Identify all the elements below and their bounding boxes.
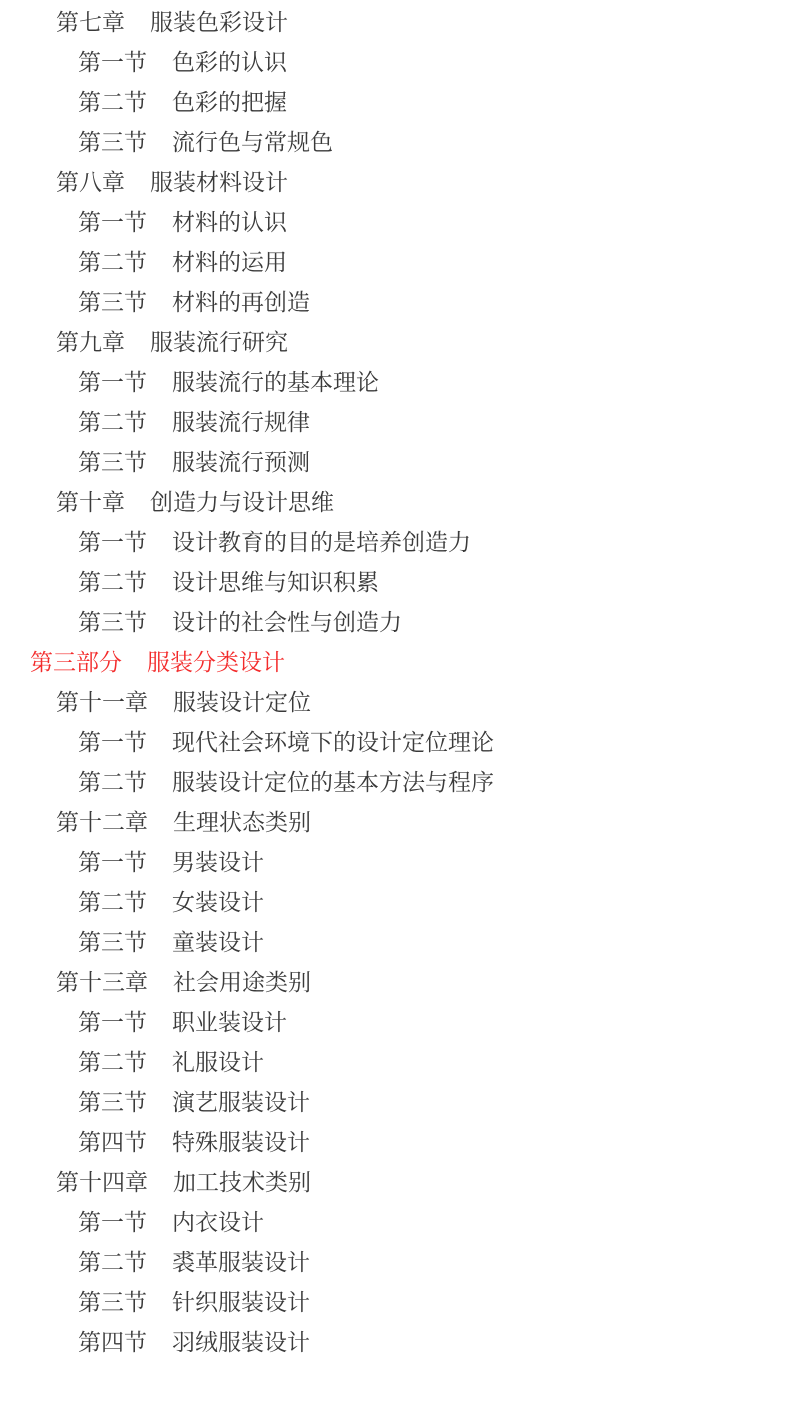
toc-row-title: 色彩的把握 xyxy=(172,84,287,117)
toc-row-chapter: 第九章 服装流行研究 xyxy=(0,320,790,360)
toc-row-label: 第十四章 xyxy=(56,1164,148,1197)
toc-row-title: 生理状态类别 xyxy=(173,804,311,837)
toc-row-part: 第三部分 服装分类设计 xyxy=(0,640,790,680)
toc-row-title: 社会用途类别 xyxy=(173,964,311,997)
toc-row-title: 礼服设计 xyxy=(172,1044,264,1077)
toc-row-chapter: 第七章 服装色彩设计 xyxy=(0,0,790,40)
toc-row-section: 第二节 色彩的把握 xyxy=(0,80,790,120)
toc-row-section: 第三节 服装流行预测 xyxy=(0,440,790,480)
toc-row-title: 服装材料设计 xyxy=(150,164,288,197)
toc-row-section: 第二节 礼服设计 xyxy=(0,1040,790,1080)
toc-row-title: 针织服装设计 xyxy=(172,1284,310,1317)
toc-row-title: 创造力与设计思维 xyxy=(150,484,334,517)
toc-row-label: 第三节 xyxy=(78,124,147,157)
toc-row-section: 第一节 现代社会环境下的设计定位理论 xyxy=(0,720,790,760)
toc-row-title: 男装设计 xyxy=(172,844,264,877)
toc-row-title: 设计教育的目的是培养创造力 xyxy=(172,524,471,557)
toc-row-section: 第二节 服装流行规律 xyxy=(0,400,790,440)
toc-row-label: 第一节 xyxy=(78,204,147,237)
toc-row-label: 第三节 xyxy=(78,284,147,317)
toc-row-label: 第二节 xyxy=(78,404,147,437)
toc-row-title: 设计思维与知识积累 xyxy=(172,564,379,597)
toc-row-title: 服装流行规律 xyxy=(172,404,310,437)
toc-row-label: 第四节 xyxy=(78,1324,147,1357)
toc-row-label: 第一节 xyxy=(78,364,147,397)
toc-row-section: 第三节 流行色与常规色 xyxy=(0,120,790,160)
toc-row-title: 加工技术类别 xyxy=(173,1164,311,1197)
toc-row-section: 第二节 裘革服装设计 xyxy=(0,1240,790,1280)
toc-row-section: 第三节 演艺服装设计 xyxy=(0,1080,790,1120)
toc-row-title: 现代社会环境下的设计定位理论 xyxy=(172,724,494,757)
toc-row-chapter: 第八章 服装材料设计 xyxy=(0,160,790,200)
toc-row-label: 第三节 xyxy=(78,444,147,477)
toc-row-label: 第二节 xyxy=(78,244,147,277)
toc-row-label: 第十三章 xyxy=(56,964,148,997)
toc-row-title: 材料的运用 xyxy=(172,244,287,277)
toc-row-section: 第三节 材料的再创造 xyxy=(0,280,790,320)
toc-row-title: 服装设计定位 xyxy=(173,684,311,717)
toc-row-title: 童装设计 xyxy=(172,924,264,957)
toc-row-label: 第十二章 xyxy=(56,804,148,837)
table-of-contents: 第七章 服装色彩设计 第一节 色彩的认识 第二节 色彩的把握 第三节 流行色与常… xyxy=(0,0,790,1411)
toc-row-section: 第二节 设计思维与知识积累 xyxy=(0,560,790,600)
toc-row-title: 材料的认识 xyxy=(172,204,287,237)
toc-row-chapter: 第十三章 社会用途类别 xyxy=(0,960,790,1000)
toc-row-title: 裘革服装设计 xyxy=(172,1244,310,1277)
toc-row-label: 第三节 xyxy=(78,604,147,637)
toc-row-section: 第一节 男装设计 xyxy=(0,840,790,880)
toc-row-section: 第一节 服装流行的基本理论 xyxy=(0,360,790,400)
toc-row-title: 内衣设计 xyxy=(172,1204,264,1237)
toc-row-label: 第二节 xyxy=(78,764,147,797)
toc-row-title: 服装流行的基本理论 xyxy=(172,364,379,397)
toc-row-label: 第二节 xyxy=(78,1244,147,1277)
toc-row-section: 第四节 羽绒服装设计 xyxy=(0,1320,790,1360)
toc-row-label: 第一节 xyxy=(78,724,147,757)
toc-row-title: 色彩的认识 xyxy=(172,44,287,77)
toc-row-title: 特殊服装设计 xyxy=(172,1124,310,1157)
toc-row-label: 第三节 xyxy=(78,1084,147,1117)
toc-row-label: 第一节 xyxy=(78,1004,147,1037)
toc-row-label: 第四节 xyxy=(78,1124,147,1157)
toc-row-section: 第一节 职业装设计 xyxy=(0,1000,790,1040)
toc-row-section: 第二节 材料的运用 xyxy=(0,240,790,280)
toc-row-label: 第三节 xyxy=(78,924,147,957)
toc-row-label: 第一节 xyxy=(78,44,147,77)
toc-row-label: 第二节 xyxy=(78,564,147,597)
toc-row-section: 第一节 内衣设计 xyxy=(0,1200,790,1240)
toc-row-title: 服装流行研究 xyxy=(150,324,288,357)
toc-row-chapter: 第十四章 加工技术类别 xyxy=(0,1160,790,1200)
toc-row-title: 流行色与常规色 xyxy=(172,124,333,157)
toc-row-title: 服装色彩设计 xyxy=(150,4,288,37)
toc-row-title: 职业装设计 xyxy=(172,1004,287,1037)
toc-row-chapter: 第十二章 生理状态类别 xyxy=(0,800,790,840)
toc-row-section: 第一节 色彩的认识 xyxy=(0,40,790,80)
toc-row-label: 第一节 xyxy=(78,1204,147,1237)
toc-row-label: 第七章 xyxy=(56,4,125,37)
toc-row-label: 第九章 xyxy=(56,324,125,357)
toc-row-section: 第一节 材料的认识 xyxy=(0,200,790,240)
toc-row-label: 第十章 xyxy=(56,484,125,517)
toc-row-label: 第二节 xyxy=(78,84,147,117)
toc-row-section: 第三节 设计的社会性与创造力 xyxy=(0,600,790,640)
toc-row-label: 第八章 xyxy=(56,164,125,197)
toc-row-label: 第十一章 xyxy=(56,684,148,717)
toc-row-title: 演艺服装设计 xyxy=(172,1084,310,1117)
toc-row-title: 材料的再创造 xyxy=(172,284,310,317)
toc-row-title: 服装分类设计 xyxy=(147,644,285,677)
toc-row-section: 第二节 服装设计定位的基本方法与程序 xyxy=(0,760,790,800)
toc-row-section: 第一节 设计教育的目的是培养创造力 xyxy=(0,520,790,560)
toc-row-section: 第四节 特殊服装设计 xyxy=(0,1120,790,1160)
toc-row-title: 服装流行预测 xyxy=(172,444,310,477)
toc-row-label: 第二节 xyxy=(78,1044,147,1077)
toc-row-label: 第一节 xyxy=(78,524,147,557)
toc-row-title: 女装设计 xyxy=(172,884,264,917)
toc-row-label: 第二节 xyxy=(78,884,147,917)
toc-row-title: 服装设计定位的基本方法与程序 xyxy=(172,764,494,797)
toc-row-section: 第二节 女装设计 xyxy=(0,880,790,920)
toc-row-label: 第三节 xyxy=(78,1284,147,1317)
toc-row-section: 第三节 针织服装设计 xyxy=(0,1280,790,1320)
toc-row-label: 第三部分 xyxy=(30,644,122,677)
toc-row-title: 羽绒服装设计 xyxy=(172,1324,310,1357)
toc-row-section: 第三节 童装设计 xyxy=(0,920,790,960)
toc-row-chapter: 第十章 创造力与设计思维 xyxy=(0,480,790,520)
toc-row-title: 设计的社会性与创造力 xyxy=(172,604,402,637)
toc-row-label: 第一节 xyxy=(78,844,147,877)
toc-row-chapter: 第十一章 服装设计定位 xyxy=(0,680,790,720)
